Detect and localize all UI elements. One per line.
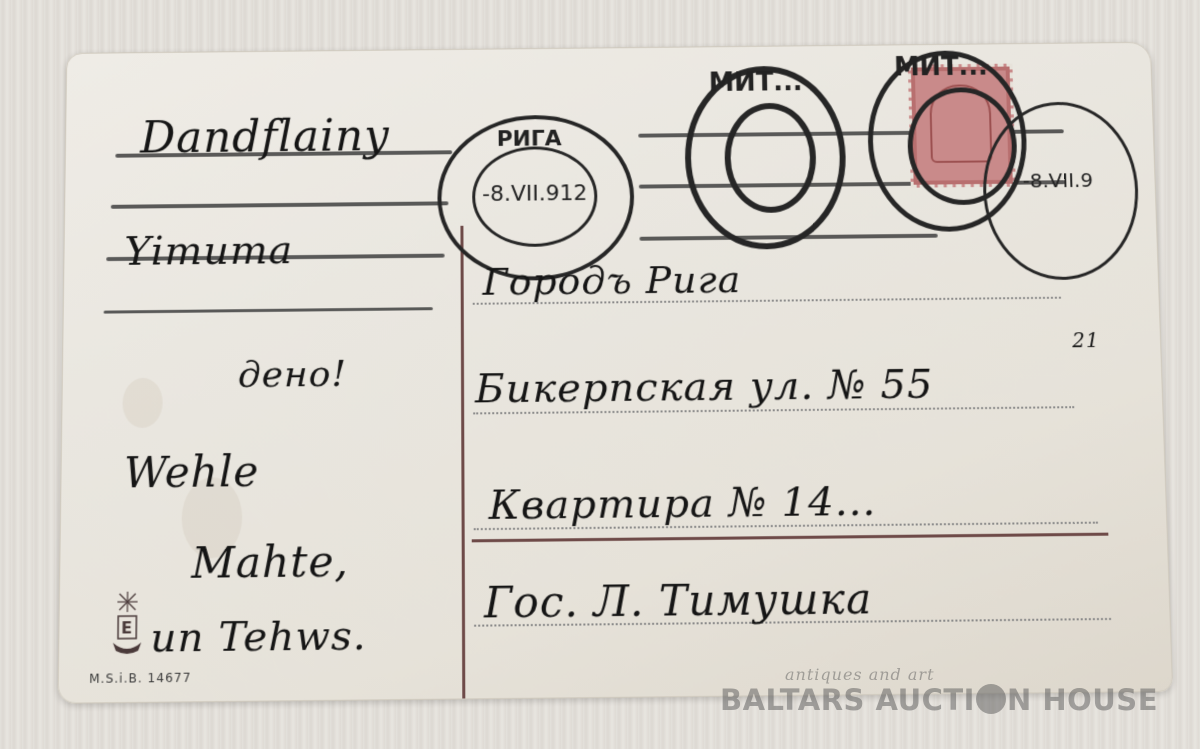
printed-rule	[104, 307, 433, 313]
postcard: РИГА -8.VII.912 МИТ... МИТ... -8.VII.9 D…	[57, 42, 1173, 704]
address-recipient: Гос. Л. Тимушка	[484, 574, 873, 628]
postmark-city: МИТ...	[709, 68, 803, 98]
address-apartment: Квартира № 14...	[489, 479, 877, 530]
address-rule	[472, 533, 1109, 543]
crown-orb-icon	[976, 684, 1006, 714]
postmark-city: РИГА	[497, 127, 562, 152]
publisher-code: M.S.i.B. 14677	[89, 671, 191, 686]
postmark-date: -8.VII.912	[482, 181, 587, 207]
stain	[122, 378, 163, 428]
message-line: Wehle	[124, 447, 260, 498]
center-divider	[460, 226, 465, 699]
postmark-city: МИТ...	[894, 52, 988, 82]
message-line: дено!	[238, 354, 347, 396]
watermark-tagline: antiques and art	[785, 665, 935, 684]
address-superscript: 21	[1072, 328, 1100, 352]
watermark-name: BALTARS AUCTIN HOUSE	[720, 683, 1158, 717]
printed-rule	[111, 201, 449, 208]
svg-text:E: E	[121, 618, 132, 638]
publisher-logo-icon: E	[110, 589, 145, 663]
message-line: un Tehws.	[150, 613, 367, 662]
address-city: Городъ Рига	[482, 257, 741, 303]
watermark-name-part2: N HOUSE	[1007, 683, 1158, 717]
message-line: Dandflainy	[140, 111, 390, 163]
postmark-mitau-inner	[724, 103, 817, 214]
message-line: Mahte,	[191, 537, 349, 588]
address-street: Бикерпская ул. № 55	[475, 362, 934, 413]
watermark-name-part1: BALTARS AUCTI	[720, 683, 975, 717]
message-line: Yimuma	[124, 228, 293, 275]
postmark-date: -8.VII.9	[1022, 168, 1093, 192]
